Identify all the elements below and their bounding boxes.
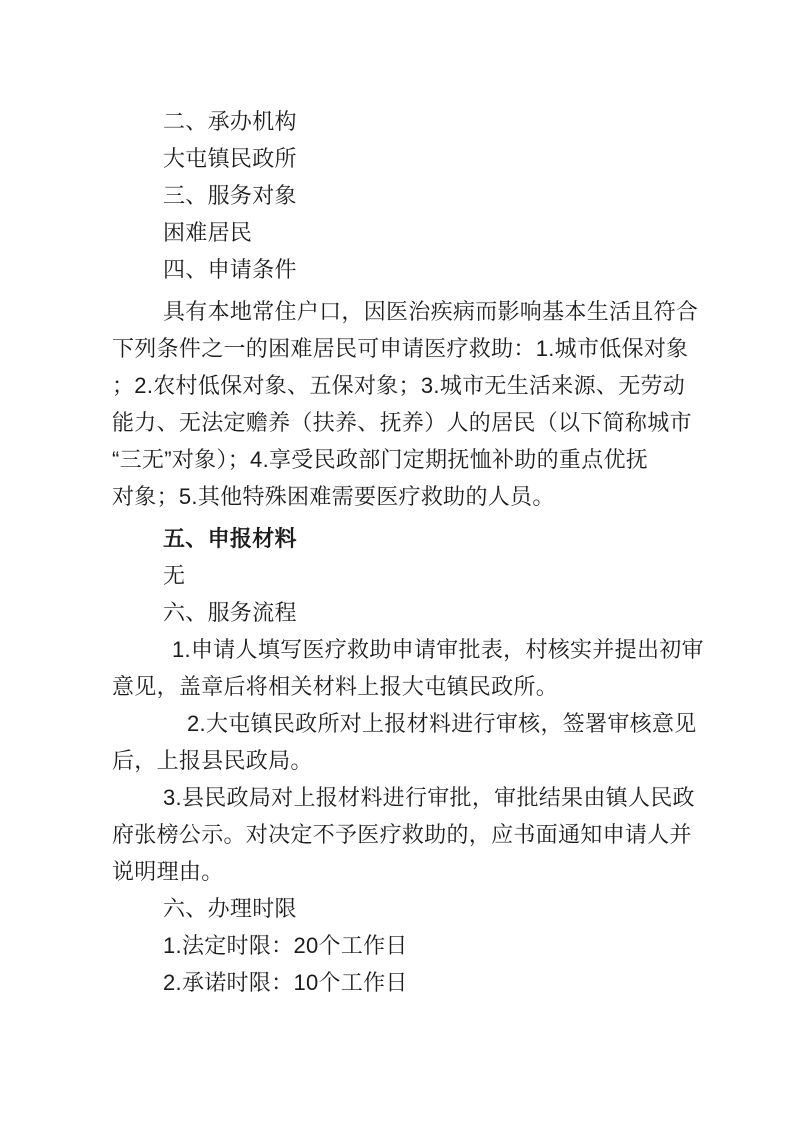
- section-heading-line: 五、申报材料: [112, 520, 702, 557]
- text-line: 1.申请人填写医疗救助申请审批表，村核实并提出初审: [112, 631, 702, 668]
- section-heading-line: 二、承办机构: [112, 103, 702, 140]
- text-line: 3.县民政局对上报材料进行审批，审批结果由镇人民政: [112, 779, 702, 816]
- text-line: 对象；5.其他特殊困难需要医疗救助的人员。: [112, 478, 702, 515]
- text-line: 无: [112, 557, 702, 594]
- document-body: 二、承办机构大屯镇民政所三、服务对象困难居民四、申请条件具有本地常住户口，因医治…: [112, 103, 702, 1001]
- text-line: “三无”对象）；4.享受民政部门定期抚恤补助的重点优抚: [112, 441, 702, 478]
- text-line: 下列条件之一的困难居民可申请医疗救助：1.城市低保对象: [112, 330, 702, 367]
- text-line: 后，上报县民政局。: [112, 742, 702, 779]
- document-page: 二、承办机构大屯镇民政所三、服务对象困难居民四、申请条件具有本地常住户口，因医治…: [0, 0, 793, 1122]
- text-line: 府张榜公示。对决定不予医疗救助的，应书面通知申请人并: [112, 816, 702, 853]
- section-heading-line: 六、服务流程: [112, 594, 702, 631]
- text-line: 能力、无法定赡养（扶养、抚养）人的居民（以下简称城市: [112, 404, 702, 441]
- text-line: 2.承诺时限：10个工作日: [112, 964, 702, 1001]
- text-line: 大屯镇民政所: [112, 140, 702, 177]
- section-heading-line: 三、服务对象: [112, 177, 702, 214]
- text-line: 1.法定时限：20个工作日: [112, 927, 702, 964]
- text-line: 具有本地常住户口，因医治疾病而影响基本生活且符合: [112, 293, 702, 330]
- text-line: 说明理由。: [112, 853, 702, 890]
- text-line: 困难居民: [112, 214, 702, 251]
- section-heading-line: 四、申请条件: [112, 251, 702, 288]
- text-line: 2.大屯镇民政所对上报材料进行审核，签署审核意见: [112, 705, 702, 742]
- section-heading-line: 六、办理时限: [112, 890, 702, 927]
- text-line: ；2.农村低保对象、五保对象；3.城市无生活来源、无劳动: [112, 367, 702, 404]
- text-line: 意见，盖章后将相关材料上报大屯镇民政所。: [112, 668, 702, 705]
